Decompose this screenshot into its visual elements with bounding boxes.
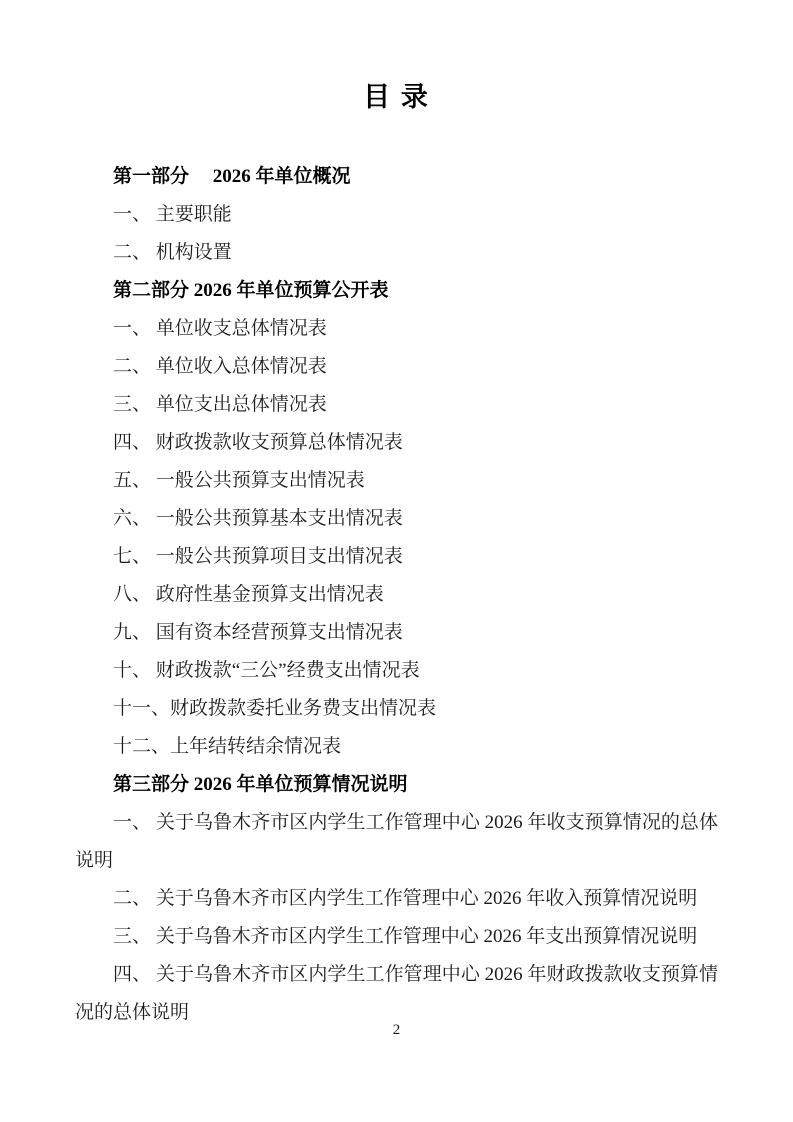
toc-item: 九、 国有资本经营预算支出情况表: [75, 614, 718, 652]
toc-item: 四、 财政拨款收支预算总体情况表: [75, 424, 718, 462]
section-heading: 第一部分 2026 年单位概况: [75, 158, 718, 196]
toc-item: 一、 关于乌鲁木齐市区内学生工作管理中心 2026 年收支预算情况的总体说明: [75, 804, 718, 880]
page-number: 2: [0, 1020, 793, 1040]
toc-item: 一、 主要职能: [75, 196, 718, 234]
document-title: 目 录: [75, 76, 718, 118]
toc-item: 七、 一般公共预算项目支出情况表: [75, 538, 718, 576]
toc-item: 二、 机构设置: [75, 234, 718, 272]
section-part-3: 第三部分 2026 年单位预算情况说明 一、 关于乌鲁木齐市区内学生工作管理中心…: [75, 766, 718, 1032]
toc-item: 八、 政府性基金预算支出情况表: [75, 576, 718, 614]
toc-item: 一、 单位收支总体情况表: [75, 310, 718, 348]
section-part-1: 第一部分 2026 年单位概况 一、 主要职能 二、 机构设置: [75, 158, 718, 272]
toc-item: 十二、上年结转结余情况表: [75, 728, 718, 766]
section-part-2: 第二部分 2026 年单位预算公开表 一、 单位收支总体情况表 二、 单位收入总…: [75, 272, 718, 766]
section-heading: 第二部分 2026 年单位预算公开表: [75, 272, 718, 310]
toc-item: 二、 单位收入总体情况表: [75, 348, 718, 386]
toc-item: 二、 关于乌鲁木齐市区内学生工作管理中心 2026 年收入预算情况说明: [75, 880, 718, 918]
document-page: 目 录 第一部分 2026 年单位概况 一、 主要职能 二、 机构设置 第二部分…: [0, 0, 793, 1122]
toc-item: 十一、财政拨款委托业务费支出情况表: [75, 690, 718, 728]
toc-content: 目 录 第一部分 2026 年单位概况 一、 主要职能 二、 机构设置 第二部分…: [75, 70, 718, 1032]
toc-item: 十、 财政拨款“三公”经费支出情况表: [75, 652, 718, 690]
toc-item: 三、 单位支出总体情况表: [75, 386, 718, 424]
toc-item: 五、 一般公共预算支出情况表: [75, 462, 718, 500]
section-heading: 第三部分 2026 年单位预算情况说明: [75, 766, 718, 804]
toc-item: 三、 关于乌鲁木齐市区内学生工作管理中心 2026 年支出预算情况说明: [75, 918, 718, 956]
toc-item: 六、 一般公共预算基本支出情况表: [75, 500, 718, 538]
